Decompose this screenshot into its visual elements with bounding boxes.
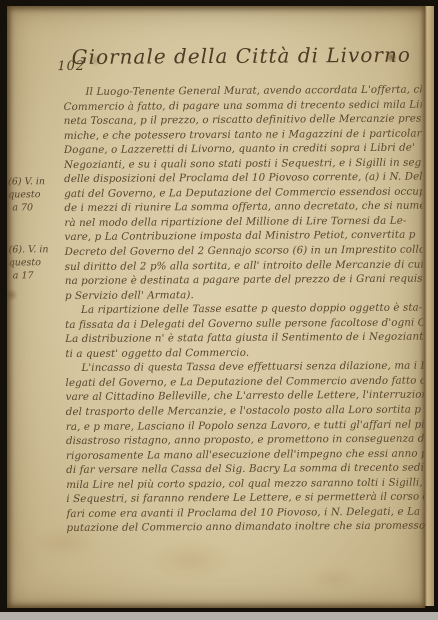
margin-note-ref: a 17 xyxy=(9,269,65,282)
margin-note-ref: a 70 xyxy=(8,201,64,214)
manuscript-line: La distribuzione n' è stata fatta giusta… xyxy=(65,330,423,347)
manuscript-body: Il Luogo-Tenente General Murat, avendo a… xyxy=(63,83,424,536)
manuscript-line: na porzione è destinata a pagare parte d… xyxy=(65,272,423,289)
margin-note-text: (6). V. in questo xyxy=(9,243,65,269)
manuscript-line: putazione del Commercio anno dimandato i… xyxy=(66,519,424,536)
page-content: 102 Giornale della Città di Livorno (6) … xyxy=(5,5,427,610)
margin-note: (6) V. in questo a 70 xyxy=(8,175,64,214)
page-title: Giornale della Città di Livorno xyxy=(63,43,419,69)
manuscript-page: 102 Giornale della Città di Livorno (6) … xyxy=(7,6,425,608)
scanner-bed xyxy=(0,612,438,620)
margin-note-text: (6) V. in questo xyxy=(8,175,64,201)
margin-note: (6). V. in questo a 17 xyxy=(9,243,65,282)
scan-background: 102 Giornale della Città di Livorno (6) … xyxy=(0,0,438,620)
